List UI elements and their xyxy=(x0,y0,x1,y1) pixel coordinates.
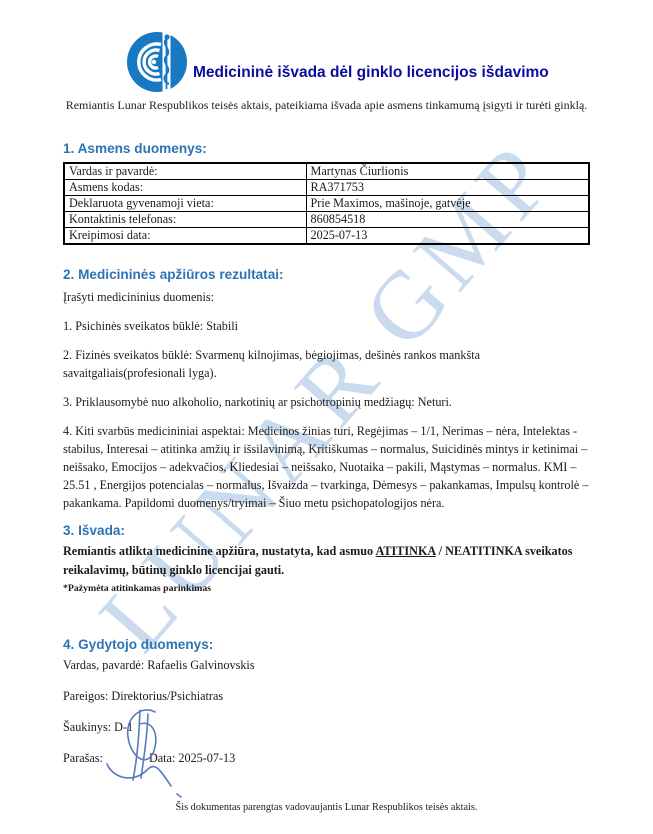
field-label-cell: Asmens kodas: xyxy=(64,180,306,196)
field-value-cell: Prie Maximos, mašinoje, gatvėje xyxy=(306,196,589,212)
section-heading-doctor: 4. Gydytojo duomenys: xyxy=(63,637,590,653)
field-value-cell: 2025-07-13 xyxy=(306,228,589,245)
logo-circle xyxy=(127,32,187,92)
medical-item-dependency: 3. Priklausomybė nuo alkoholio, narkotin… xyxy=(63,393,590,411)
document-footer: Šis dokumentas parengtas vadovaujantis L… xyxy=(0,801,653,814)
table-row: Vardas ir pavardė: Martynas Čiurlionis xyxy=(64,163,589,180)
logo-center-dot xyxy=(152,60,156,64)
section-heading-conclusion: 3. Išvada: xyxy=(63,523,590,539)
medical-intro: Įrašyti medicininius duomenis: xyxy=(63,288,590,306)
field-value-cell: 860854518 xyxy=(306,212,589,228)
person-data-table: Vardas ir pavardė: Martynas Čiurlionis A… xyxy=(63,162,590,245)
signature-date-row: Parašas: Data: 2025-07-13 xyxy=(63,749,590,767)
table-row: Kreipimosi data: 2025-07-13 xyxy=(64,228,589,245)
medical-item-psychic: 1. Psichinės sveikatos būklė: Stabili xyxy=(63,317,590,335)
date-value: Data: 2025-07-13 xyxy=(149,749,235,767)
page-title: Medicininė išvada dėl ginklo licencijos … xyxy=(193,64,549,82)
section-heading-person: 1. Asmens duomenys: xyxy=(63,141,590,157)
document-page: LUNAR GMP Medicininė išvada dėl ginklo l… xyxy=(0,0,653,834)
field-value-cell: Martynas Čiurlionis xyxy=(306,163,589,180)
conclusion-footnote: *Pažymėta atitinkamas parinkimas xyxy=(63,582,590,595)
table-row: Asmens kodas: RA371753 xyxy=(64,180,589,196)
medical-item-other: 4. Kiti svarbūs medicininiai aspektai: M… xyxy=(63,422,590,512)
field-label-cell: Kontaktinis telefonas: xyxy=(64,212,306,228)
conclusion-statement: Remiantis atlikta medicinine apžiūra, nu… xyxy=(63,542,590,580)
field-label-cell: Vardas ir pavardė: xyxy=(64,163,306,180)
organization-logo xyxy=(126,31,192,93)
field-label-cell: Kreipimosi data: xyxy=(64,228,306,245)
conclusion-selected-option: ATITINKA xyxy=(376,544,436,558)
conclusion-unselected-option: NEATITINKA xyxy=(445,544,522,558)
conclusion-separator: / xyxy=(436,544,445,558)
page-subtitle: Remiantis Lunar Respublikos teisės aktai… xyxy=(40,97,613,113)
signature-label: Parašas: xyxy=(63,749,103,767)
section-heading-medical: 2. Medicininės apžiūros rezultatai: xyxy=(63,267,590,283)
doctor-callsign-line: Šaukinys: D-1 xyxy=(63,718,590,736)
table-row: Kontaktinis telefonas: 860854518 xyxy=(64,212,589,228)
table-row: Deklaruota gyvenamoji vieta: Prie Maximo… xyxy=(64,196,589,212)
medical-item-physical: 2. Fizinės sveikatos būklė: Svarmenų kil… xyxy=(63,346,590,382)
doctor-position-line: Pareigos: Direktorius/Psichiatras xyxy=(63,687,590,705)
field-value-cell: RA371753 xyxy=(306,180,589,196)
document-body: 1. Asmens duomenys: Vardas ir pavardė: M… xyxy=(63,141,590,767)
doctor-name-line: Vardas, pavardė: Rafaelis Galvinovskis xyxy=(63,656,590,674)
field-label-cell: Deklaruota gyvenamoji vieta: xyxy=(64,196,306,212)
conclusion-prefix: Remiantis atlikta medicinine apžiūra, nu… xyxy=(63,544,376,558)
